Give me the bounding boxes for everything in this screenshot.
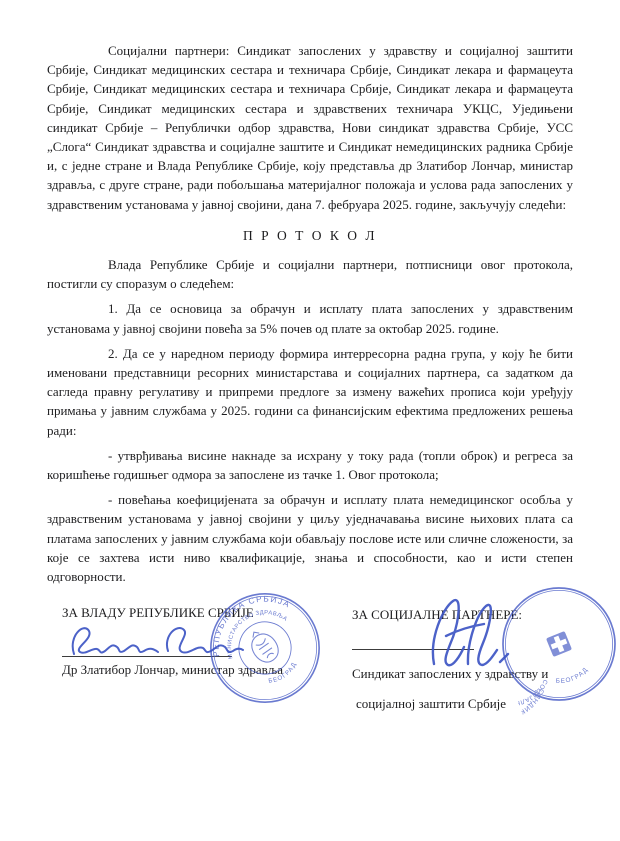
paragraph-preamble: Влада Републике Србије и социјални партн… bbox=[47, 255, 573, 293]
svg-text:БЕОГРАД: БЕОГРАД bbox=[553, 665, 591, 689]
coat-of-arms-icon bbox=[244, 625, 283, 667]
paragraph-dash-2: - повећања коефицијената за обрачун и ис… bbox=[47, 490, 573, 586]
signature-left-title: ЗА ВЛАДУ РЕПУБЛИКЕ СРБИЈЕ bbox=[62, 605, 254, 621]
signature-left-name: Др Златибор Лончар, министар здравља bbox=[62, 662, 283, 678]
paragraph-intro: Социјални партнери: Синдикат запослених … bbox=[47, 41, 573, 214]
signature-right-line bbox=[352, 649, 474, 650]
paragraph-item-2: 2. Да се у наредном периоду формира инте… bbox=[47, 344, 573, 440]
union-stamp-bottom-text: БЕОГРАД bbox=[553, 665, 591, 689]
document-page: Социјални партнери: Синдикат запослених … bbox=[0, 0, 620, 841]
paragraph-item-1: 1. Да се основица за обрачун и исплату п… bbox=[47, 299, 573, 337]
union-cross-icon bbox=[546, 631, 572, 657]
signature-right-org-line1: Синдикат запослених у здравству и bbox=[352, 666, 548, 682]
paragraph-dash-1: - утврђивања висине накнаде за исхрану у… bbox=[47, 446, 573, 484]
signature-right-org-line2: социјалној заштити Србије bbox=[356, 696, 506, 712]
document-title: П Р О Т О К О Л bbox=[47, 226, 573, 245]
document-body: Социјални партнери: Синдикат запослених … bbox=[47, 41, 573, 592]
signature-right-title: ЗА СОЦИЈАЛНЕ ПАРТНЕРЕ: bbox=[352, 607, 522, 623]
signature-left-line bbox=[62, 656, 232, 657]
